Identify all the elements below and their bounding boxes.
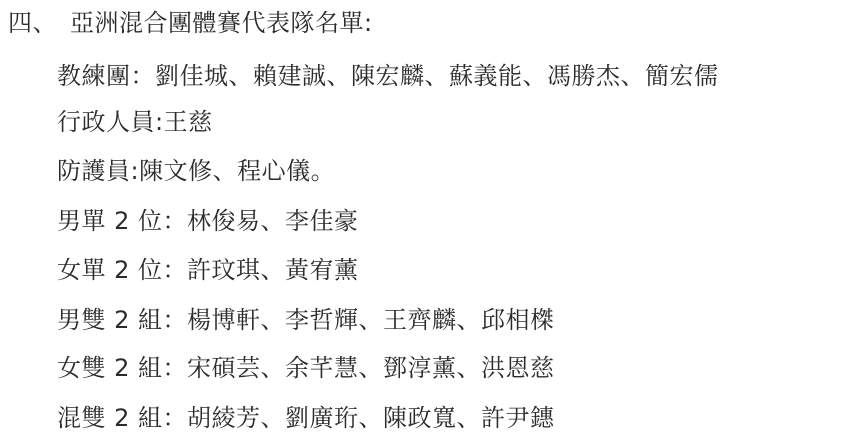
line-content: 胡綾芳、劉廣珩、陳政寬、許尹鏸 <box>187 404 555 432</box>
mixed-doubles-line: 混雙 2 組：胡綾芳、劉廣珩、陳政寬、許尹鏸 <box>57 398 555 438</box>
line-label: 男雙 2 組： <box>57 306 187 334</box>
line-content: 許玟琪、黃宥薰 <box>187 256 359 284</box>
mens-singles-line: 男單 2 位：林俊易、李佳豪 <box>57 201 359 241</box>
line-label: 教練團： <box>57 62 155 90</box>
trainer-line: 防護員:陳文修、程心儀。 <box>57 151 335 191</box>
section-heading: 四、亞洲混合團體賽代表隊名單: <box>8 3 373 43</box>
line-content: 王慈 <box>164 108 213 136</box>
line-content: 林俊易、李佳豪 <box>187 207 359 235</box>
line-label: 女單 2 位： <box>57 256 187 284</box>
administrative-staff-line: 行政人員:王慈 <box>57 102 213 142</box>
line-label: 行政人員: <box>57 108 164 136</box>
line-label: 男單 2 位： <box>57 207 187 235</box>
line-content: 楊博軒、李哲輝、王齊麟、邱相榤 <box>187 306 555 334</box>
womens-doubles-line: 女雙 2 組：宋碩芸、余芊慧、鄧淳薰、洪恩慈 <box>57 348 555 388</box>
line-content: 宋碩芸、余芊慧、鄧淳薰、洪恩慈 <box>187 354 555 382</box>
line-label: 防護員: <box>57 157 139 185</box>
section-number: 四、 <box>8 3 70 43</box>
coaching-staff-line: 教練團：劉佳城、賴建誠、陳宏麟、蘇義能、馮勝杰、簡宏儒 <box>57 56 719 96</box>
line-label: 女雙 2 組： <box>57 354 187 382</box>
line-content: 劉佳城、賴建誠、陳宏麟、蘇義能、馮勝杰、簡宏儒 <box>155 62 719 90</box>
mens-doubles-line: 男雙 2 組：楊博軒、李哲輝、王齊麟、邱相榤 <box>57 300 555 340</box>
line-content: 陳文修、程心儀。 <box>139 157 335 185</box>
womens-singles-line: 女單 2 位：許玟琪、黃宥薰 <box>57 250 359 290</box>
section-title: 亞洲混合團體賽代表隊名單: <box>70 9 373 37</box>
line-label: 混雙 2 組： <box>57 404 187 432</box>
